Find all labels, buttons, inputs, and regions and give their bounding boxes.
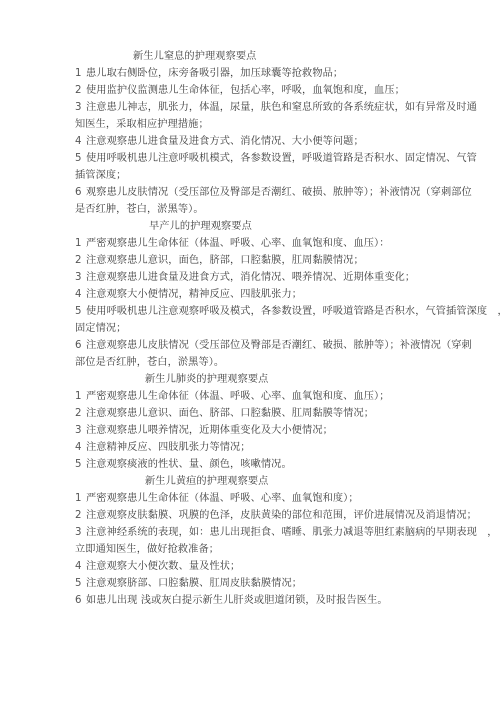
list-item: 1严密观察患儿生命体征（体温、呼吸、心率、血氧饱和度、血压）； <box>75 388 420 405</box>
section-title: 新生儿肺炎的护理观察要点 <box>75 371 420 388</box>
list-item: 2使用监护仪监测患儿生命体征，包括心率，呼吸，血氧饱和度，血压； <box>75 82 420 99</box>
section-title: 新生儿黄疸的护理观察要点 <box>75 473 420 490</box>
list-item-continuation: 立即通知医生，做好抢救准备； <box>75 541 420 558</box>
list-item: 6如患儿出现 浅或灰白提示新生儿肝炎或胆道闭锁，及时报告医生。 <box>75 592 420 609</box>
list-item: 1严密观察患儿生命体征（体温、呼吸、心率、血氧饱和度）； <box>75 490 420 507</box>
list-item-continuation: 部位是否红肿，苍白，淤黑等）。 <box>75 354 420 371</box>
list-item: 2注意观察患儿意识、面色、脐部、口腔黏膜、肛周黏膜等情况； <box>75 405 420 422</box>
section-title: 早产儿的护理观察要点 <box>75 218 420 235</box>
list-item: 5注意观察痰液的性状、量、颜色，咳嗽情况。 <box>75 456 420 473</box>
section-premature: 早产儿的护理观察要点 1严密观察患儿生命体征（体温、呼吸、心率、血氧饱和度、血压… <box>75 218 420 371</box>
list-item: 6注意观察患儿皮肤情况（受压部位及臀部是否潮红、破损、脓肿等）；补液情况（穿刺 <box>75 337 420 354</box>
list-item: 3注意神经系统的表现，如：患儿出现拒食、嗜睡、肌张力减退等胆红素脑病的早期表现 … <box>75 524 420 541</box>
section-title: 新生儿窒息的护理观察要点 <box>75 48 420 65</box>
list-item: 2注意观察皮肤黏膜、巩膜的色泽，皮肤黄染的部位和范围，评价进展情况及消退情况； <box>75 507 420 524</box>
list-item-continuation: 固定情况； <box>75 320 420 337</box>
list-item-continuation: 是否红肿，苍白，淤黑等）。 <box>75 201 420 218</box>
list-item: 4注意精神反应、四肢肌张力等情况； <box>75 439 420 456</box>
list-item: 5使用呼吸机患儿注意观察呼吸及模式，各参数设置，呼吸道管路是否积水，气管插管深度… <box>75 303 420 320</box>
list-item: 4注意观察大小便情况，精神反应、四肢肌张力； <box>75 286 420 303</box>
list-item: 3注意患儿神志，肌张力，体温，尿量，肤色和窒息所致的各系统症状，如有异常及时通 <box>75 99 420 116</box>
list-item: 2注意观察患儿意识，面色，脐部，口腔黏膜，肛周黏膜情况； <box>75 252 420 269</box>
list-item: 1严密观察患儿生命体征（体温、呼吸、心率、血氧饱和度、血压）： <box>75 235 420 252</box>
list-item: 3注意观察患儿喂养情况，近期体重变化及大小便情况； <box>75 422 420 439</box>
list-item: 5注意观察脐部、口腔黏膜、肛周皮肤黏膜情况； <box>75 575 420 592</box>
list-item-continuation: 插管深度； <box>75 167 420 184</box>
list-item: 4注意观察患儿进食量及进食方式、消化情况、大小便等问题； <box>75 133 420 150</box>
list-item: 3注意观察患儿进食量及进食方式，消化情况、喂养情况、近期体重变化； <box>75 269 420 286</box>
section-pneumonia: 新生儿肺炎的护理观察要点 1严密观察患儿生命体征（体温、呼吸、心率、血氧饱和度、… <box>75 371 420 473</box>
section-asphyxia: 新生儿窒息的护理观察要点 1患儿取右侧卧位，床旁备吸引器，加压球囊等抢救物品； … <box>75 48 420 218</box>
list-item: 6观察患儿皮肤情况（受压部位及臀部是否潮红、破损、脓肿等）；补液情况（穿刺部位 <box>75 184 420 201</box>
list-item: 5使用呼吸机患儿注意呼吸机模式，各参数设置，呼吸道管路是否积水、固定情况、气管 <box>75 150 420 167</box>
list-item-continuation: 知医生，采取相应护理措施； <box>75 116 420 133</box>
list-item: 1患儿取右侧卧位，床旁备吸引器，加压球囊等抢救物品； <box>75 65 420 82</box>
list-item: 4注意观察大小便次数、量及性状； <box>75 558 420 575</box>
document-page: 新生儿窒息的护理观察要点 1患儿取右侧卧位，床旁备吸引器，加压球囊等抢救物品； … <box>75 48 420 609</box>
section-jaundice: 新生儿黄疸的护理观察要点 1严密观察患儿生命体征（体温、呼吸、心率、血氧饱和度）… <box>75 473 420 609</box>
